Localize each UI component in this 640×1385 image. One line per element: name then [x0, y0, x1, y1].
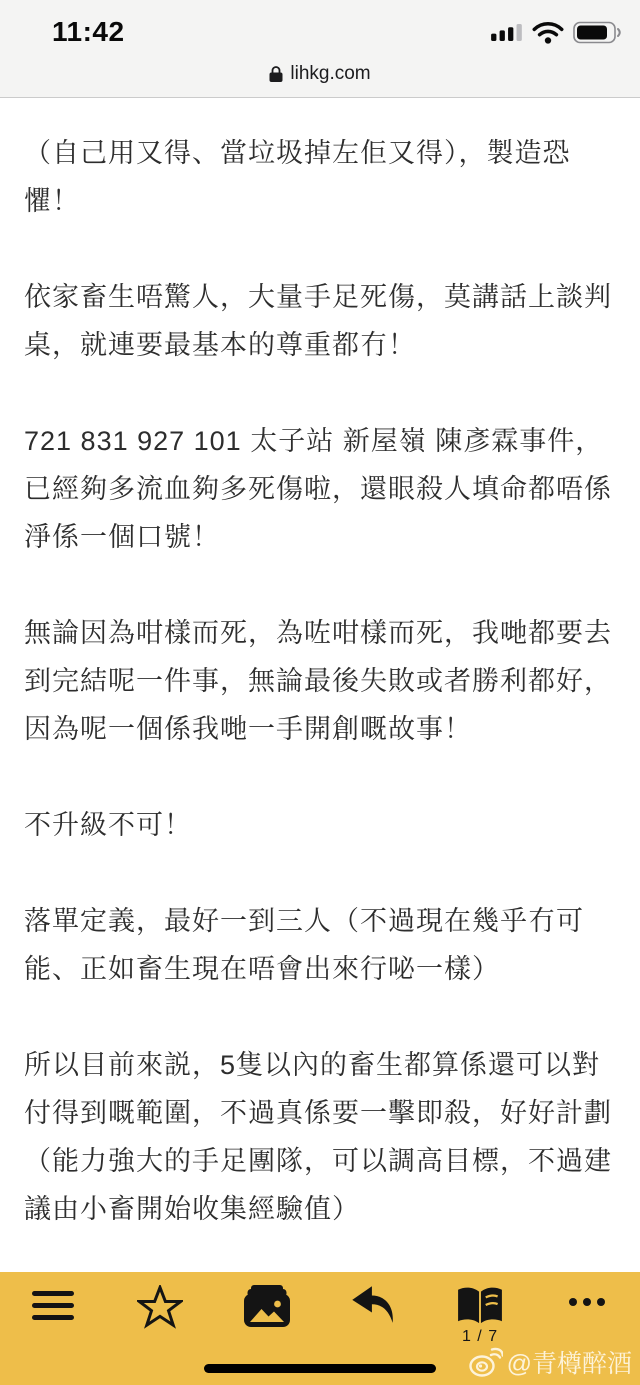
- photos-icon: [244, 1285, 290, 1327]
- text-line: 已經夠多流血夠多死傷啦，還眼殺人填命都唔係: [24, 465, 616, 513]
- reply-button[interactable]: [320, 1285, 427, 1329]
- address-bar[interactable]: lihkg.com: [0, 52, 640, 96]
- home-indicator[interactable]: [204, 1364, 436, 1373]
- reply-arrow-icon: [349, 1285, 397, 1329]
- cellular-signal-icon: [491, 23, 523, 41]
- paragraph: 所以目前來説，5隻以內的畜生都算係還可以對付得到嘅範圍，不過真係要一擊即殺，好好…: [24, 1041, 616, 1233]
- text-line: （自己用又得、當垃圾掉左佢又得），製造恐: [24, 129, 616, 177]
- text-line: 所以目前來説，5隻以內的畜生都算係還可以對: [24, 1041, 616, 1089]
- text-line: 能、正如畜生現在唔會出來行咇一樣）: [24, 945, 616, 993]
- watermark: @青樽醉酒: [469, 1344, 632, 1380]
- post-body: （自己用又得、當垃圾掉左佢又得），製造恐懼！依家畜生唔驚人，大量手足死傷，莫講話…: [0, 99, 640, 1272]
- media-button[interactable]: [213, 1285, 320, 1327]
- bottom-toolbar: 1 / 7 @青樽醉酒: [0, 1272, 640, 1385]
- text-line: 落單定義，最好一到三人（不過現在幾乎冇可: [24, 897, 616, 945]
- text-line: 淨係一個口號！: [24, 513, 616, 561]
- text-line: 桌，就連要最基本的尊重都冇！: [24, 321, 616, 369]
- ellipsis-icon: [569, 1298, 605, 1306]
- paragraph: 不升級不可！: [24, 801, 616, 849]
- text-line: 因為呢一個係我哋一手開創嘅故事！: [24, 705, 616, 753]
- weibo-icon: [469, 1347, 503, 1377]
- url-domain: lihkg.com: [290, 63, 370, 85]
- hamburger-icon: [32, 1291, 74, 1320]
- paragraph: 落單定義，最好一到三人（不過現在幾乎冇可能、正如畜生現在唔會出來行咇一樣）: [24, 897, 616, 993]
- paragraph: （自己用又得、當垃圾掉左佢又得），製造恐懼！: [24, 129, 616, 225]
- menu-button[interactable]: [0, 1285, 107, 1320]
- battery-icon: [573, 21, 622, 44]
- status-bar: 11:42: [0, 0, 640, 52]
- toolbar-row: 1 / 7: [0, 1272, 640, 1344]
- wifi-icon: [532, 21, 564, 44]
- pages-button[interactable]: 1 / 7: [427, 1285, 534, 1346]
- safari-header: 11:42: [0, 0, 640, 98]
- star-icon: [137, 1285, 183, 1329]
- text-line: 不升級不可！: [24, 801, 616, 849]
- text-line: 到完結呢一件事，無論最後失敗或者勝利都好，: [24, 657, 616, 705]
- text-line: 懼！: [24, 177, 616, 225]
- status-icons: [491, 21, 622, 44]
- text-line: 議由小畜開始收集經驗值）: [24, 1185, 616, 1233]
- clock: 11:42: [52, 16, 125, 48]
- text-line: 付得到嘅範圍，不過真係要一擊即殺，好好計劃: [24, 1089, 616, 1137]
- paragraph: 依家畜生唔驚人，大量手足死傷，莫講話上談判桌，就連要最基本的尊重都冇！: [24, 273, 616, 369]
- paragraph: 無論因為咁樣而死，為咗咁樣而死，我哋都要去到完結呢一件事，無論最後失敗或者勝利都…: [24, 609, 616, 753]
- favorite-button[interactable]: [107, 1285, 214, 1329]
- text-line: 依家畜生唔驚人，大量手足死傷，莫講話上談判: [24, 273, 616, 321]
- open-book-icon: [455, 1285, 505, 1325]
- text-line: 721 831 927 101 太子站 新屋嶺 陳彥霖事件，: [24, 417, 616, 465]
- more-button[interactable]: [533, 1285, 640, 1306]
- paragraph: 721 831 927 101 太子站 新屋嶺 陳彥霖事件，已經夠多流血夠多死傷…: [24, 417, 616, 561]
- text-line: 無論因為咁樣而死，為咗咁樣而死，我哋都要去: [24, 609, 616, 657]
- text-line: （能力強大的手足團隊，可以調高目標，不過建: [24, 1137, 616, 1185]
- lock-icon: [269, 65, 283, 83]
- watermark-text: @青樽醉酒: [507, 1344, 632, 1380]
